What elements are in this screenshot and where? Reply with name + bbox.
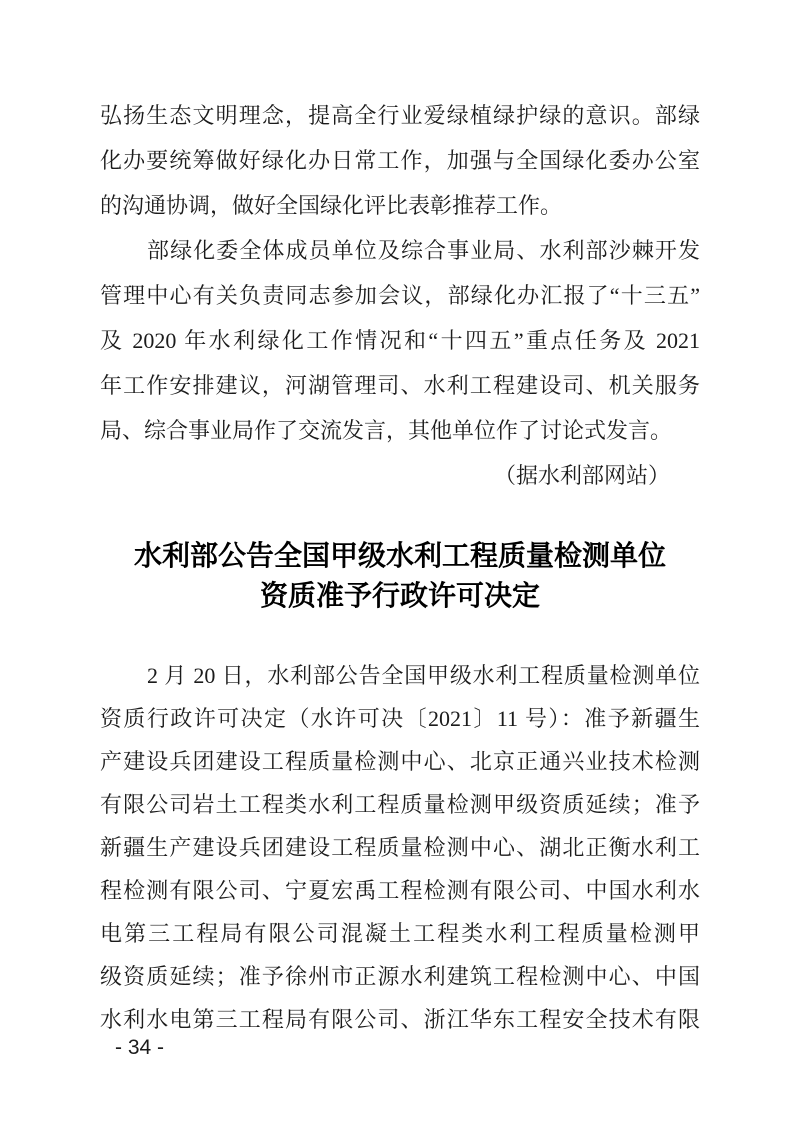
- heading-line: 资质准予行政许可决定: [100, 577, 700, 617]
- paragraph-line: 化办要统筹做好绿化办日常工作，加强与全国绿化委办公室: [100, 138, 700, 183]
- paragraph-line: 的沟通协调，做好全国绿化评比表彰推荐工作。: [100, 183, 700, 228]
- paragraph-license-decision: 2 月 20 日，水利部公告全国甲级水利工程质量检测单位 资质行政许可决定（水许…: [100, 654, 700, 1041]
- paragraph-line: 2 月 20 日，水利部公告全国甲级水利工程质量检测单位: [100, 654, 700, 697]
- paragraph-continuation: 弘扬生态文明理念，提高全行业爱绿植绿护绿的意识。部绿 化办要统筹做好绿化办日常工…: [100, 93, 700, 228]
- source-attribution: （据水利部网站）: [100, 453, 700, 498]
- paragraph-line: 及 2020 年水利绿化工作情况和“十四五”重点任务及 2021: [100, 318, 700, 363]
- paragraph-line: 产建设兵团建设工程质量检测中心、北京正通兴业技术检测: [100, 740, 700, 783]
- section-heading: 水利部公告全国甲级水利工程质量检测单位 资质准予行政许可决定: [100, 537, 700, 617]
- paragraph-line: 程检测有限公司、宁夏宏禹工程检测有限公司、中国水利水: [100, 869, 700, 912]
- heading-line: 水利部公告全国甲级水利工程质量检测单位: [100, 537, 700, 577]
- paragraph-line: 水利水电第三工程局有限公司、浙江华东工程安全技术有限: [100, 998, 700, 1041]
- paragraph-line: 电第三工程局有限公司混凝土工程类水利工程质量检测甲: [100, 912, 700, 955]
- paragraph-meeting-report: 部绿化委全体成员单位及综合事业局、水利部沙棘开发 管理中心有关负责同志参加会议，…: [100, 228, 700, 498]
- paragraph-line: 资质行政许可决定（水许可决〔2021〕11 号）：准予新疆生: [100, 697, 700, 740]
- paragraph-line: 弘扬生态文明理念，提高全行业爱绿植绿护绿的意识。部绿: [100, 93, 700, 138]
- paragraph-line: 年工作安排建议，河湖管理司、水利工程建设司、机关服务: [100, 363, 700, 408]
- paragraph-line: 部绿化委全体成员单位及综合事业局、水利部沙棘开发: [100, 228, 700, 273]
- paragraph-line: 管理中心有关负责同志参加会议，部绿化办汇报了“十三五”: [100, 273, 700, 318]
- paragraph-line: 有限公司岩土工程类水利工程质量检测甲级资质延续；准予: [100, 783, 700, 826]
- paragraph-line: 局、综合事业局作了交流发言，其他单位作了讨论式发言。: [100, 408, 700, 453]
- page-number: - 34 -: [115, 1036, 164, 1060]
- document-page: 弘扬生态文明理念，提高全行业爱绿植绿护绿的意识。部绿 化办要统筹做好绿化办日常工…: [0, 0, 800, 1131]
- paragraph-line: 新疆生产建设兵团建设工程质量检测中心、湖北正衡水利工: [100, 826, 700, 869]
- paragraph-line: 级资质延续；准予徐州市正源水利建筑工程检测中心、中国: [100, 955, 700, 998]
- page-content: 弘扬生态文明理念，提高全行业爱绿植绿护绿的意识。部绿 化办要统筹做好绿化办日常工…: [100, 93, 700, 1041]
